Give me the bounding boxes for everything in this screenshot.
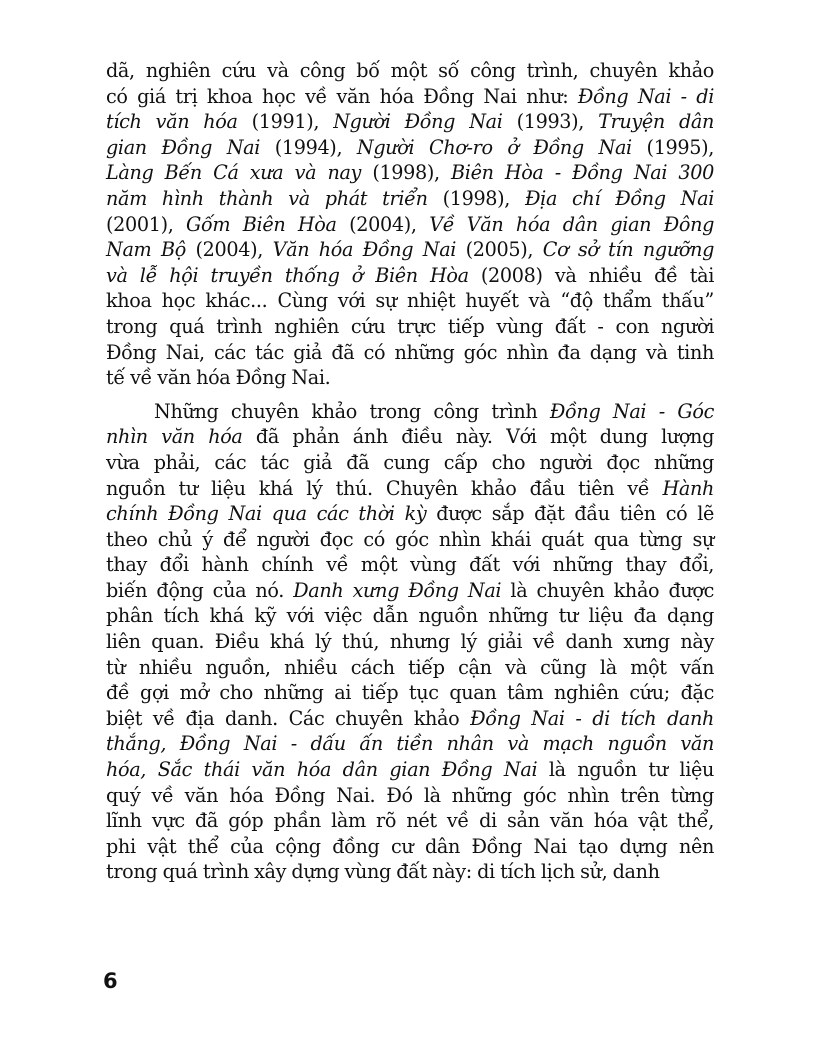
- text-line: và lễ hội truyền thống ở Biên Hòa (2008)…: [106, 263, 714, 289]
- text-run: đề gợi mở cho những ai tiếp tục quan tâm…: [106, 681, 714, 704]
- italic-title: Làng Bến Cá xưa và nay: [106, 161, 361, 184]
- page-number: 6: [103, 969, 118, 993]
- text-line: tế về văn hóa Đồng Nai.: [106, 365, 714, 391]
- text-run: biến động của nó.: [106, 579, 293, 602]
- text-line: thay đổi hành chính về một vùng đất với …: [106, 552, 714, 578]
- text-run: liên quan. Điều khá lý thú, nhưng lý giả…: [106, 630, 714, 653]
- italic-title: Về Văn hóa dân gian Đông: [429, 213, 714, 236]
- text-line: năm hình thành và phát triển (1998), Địa…: [106, 186, 714, 212]
- italic-title: năm hình thành và phát triển: [106, 187, 428, 210]
- italic-title: Người Đồng Nai: [333, 110, 502, 133]
- text-line: lĩnh vực đã góp phần làm rõ nét về di sả…: [106, 808, 714, 834]
- text-run: phi vật thể của cộng đồng cư dân Đồng Na…: [106, 835, 714, 858]
- text-line: khoa học khác... Cùng với sự nhiệt huyết…: [106, 288, 714, 314]
- text-run: theo chủ ý để người đọc có góc nhìn khái…: [106, 528, 714, 551]
- text-line: nguồn tư liệu khá lý thú. Chuyên khảo đầ…: [106, 476, 714, 502]
- text-line: thắng, Đồng Nai - dấu ấn tiền nhân và mạ…: [106, 731, 714, 757]
- text-line: (2001), Gốm Biên Hòa (2004), Về Văn hóa …: [106, 212, 714, 238]
- text-line: phi vật thể của cộng đồng cư dân Đồng Na…: [106, 834, 714, 860]
- text-run: biệt về địa danh. Các chuyên khảo: [106, 707, 470, 730]
- text-line: biến động của nó. Danh xưng Đồng Nai là …: [106, 578, 714, 604]
- text-run: có giá trị khoa học về văn hóa Đồng Nai …: [106, 85, 578, 108]
- text-line: vừa phải, các tác giả đã cung cấp cho ng…: [106, 450, 714, 476]
- text-line: từ nhiều nguồn, nhiều cách tiếp cận và c…: [106, 655, 714, 681]
- italic-title: Danh xưng Đồng Nai: [293, 579, 501, 602]
- italic-title: Biên Hòa - Đồng Nai 300: [451, 161, 714, 184]
- text-line: có giá trị khoa học về văn hóa Đồng Nai …: [106, 84, 714, 110]
- italic-title: gian Đồng Nai: [106, 136, 260, 159]
- text-run: (1993),: [503, 110, 599, 133]
- text-line: biệt về địa danh. Các chuyên khảo Đồng N…: [106, 706, 714, 732]
- text-run: (2004),: [337, 213, 430, 236]
- text-line: nhìn văn hóa đã phản ánh điều này. Với m…: [106, 424, 714, 450]
- text-line: Làng Bến Cá xưa và nay (1998), Biên Hòa …: [106, 160, 714, 186]
- italic-title: Địa chí Đồng Nai: [525, 187, 714, 210]
- paragraph-1: dã, nghiên cứu và công bố một số công tr…: [106, 58, 714, 391]
- text-line: Những chuyên khảo trong công trình Đồng …: [106, 399, 714, 425]
- text-line: theo chủ ý để người đọc có góc nhìn khái…: [106, 527, 714, 553]
- text-run: (1991),: [238, 110, 334, 133]
- text-line: tích văn hóa (1991), Người Đồng Nai (199…: [106, 109, 714, 135]
- italic-title: nhìn văn hóa: [106, 425, 243, 448]
- text-run: Đồng Nai, các tác giả đã có những góc nh…: [106, 341, 714, 364]
- text-line: dã, nghiên cứu và công bố một số công tr…: [106, 58, 714, 84]
- text-line: đề gợi mở cho những ai tiếp tục quan tâm…: [106, 680, 714, 706]
- text-run: (2008) và nhiều đề tài: [469, 264, 714, 287]
- text-run: (1994),: [260, 136, 357, 159]
- italic-title: Hành: [663, 477, 715, 500]
- italic-title: chính Đồng Nai qua các thời kỳ: [106, 502, 426, 525]
- text-run: nguồn tư liệu khá lý thú. Chuyên khảo đầ…: [106, 477, 663, 500]
- italic-title: và lễ hội truyền thống ở Biên Hòa: [106, 264, 469, 287]
- text-run: trong quá trình xây dựng vùng đất này: d…: [106, 860, 660, 883]
- italic-title: Đồng Nai - di: [578, 85, 714, 108]
- text-run: phân tích khá kỹ với việc dẫn nguồn nhữn…: [106, 604, 714, 627]
- text-run: từ nhiều nguồn, nhiều cách tiếp cận và c…: [106, 656, 714, 679]
- text-run: (2001),: [106, 213, 186, 236]
- text-run: (1998),: [361, 161, 451, 184]
- text-run: đã phản ánh điều này. Với một dung lượng: [243, 425, 715, 448]
- text-line: chính Đồng Nai qua các thời kỳ được sắp …: [106, 501, 714, 527]
- paragraph-2: Những chuyên khảo trong công trình Đồng …: [106, 399, 714, 885]
- text-line: liên quan. Điều khá lý thú, nhưng lý giả…: [106, 629, 714, 655]
- italic-title: hóa, Sắc thái văn hóa dân gian Đồng Nai: [106, 758, 537, 781]
- text-run: Những chuyên khảo trong công trình: [154, 400, 550, 423]
- text-run: là chuyên khảo được: [501, 579, 714, 602]
- text-run: khoa học khác... Cùng với sự nhiệt huyết…: [106, 289, 714, 312]
- text-line: gian Đồng Nai (1994), Người Chơ-ro ở Đồn…: [106, 135, 714, 161]
- text-run: vừa phải, các tác giả đã cung cấp cho ng…: [106, 451, 714, 474]
- italic-title: thắng, Đồng Nai - dấu ấn tiền nhân và mạ…: [106, 732, 714, 755]
- text-line: Đồng Nai, các tác giả đã có những góc nh…: [106, 340, 714, 366]
- text-run: (2005),: [456, 238, 543, 261]
- page-body: dã, nghiên cứu và công bố một số công tr…: [106, 58, 714, 885]
- italic-title: Văn hóa Đồng Nai: [273, 238, 456, 261]
- text-line: quý về văn hóa Đồng Nai. Đó là những góc…: [106, 783, 714, 809]
- text-run: lĩnh vực đã góp phần làm rõ nét về di sả…: [106, 809, 714, 832]
- italic-title: tích văn hóa: [106, 110, 238, 133]
- text-line: trong quá trình nghiên cứu trực tiếp vùn…: [106, 314, 714, 340]
- italic-title: Gốm Biên Hòa: [186, 213, 337, 236]
- italic-title: Cơ sở tín ngưỡng: [543, 238, 714, 261]
- text-run: tế về văn hóa Đồng Nai.: [106, 366, 330, 389]
- italic-title: Nam Bộ: [106, 238, 186, 261]
- italic-title: Truyện dân: [598, 110, 714, 133]
- text-line: Nam Bộ (2004), Văn hóa Đồng Nai (2005), …: [106, 237, 714, 263]
- text-run: thay đổi hành chính về một vùng đất với …: [106, 553, 714, 576]
- text-line: phân tích khá kỹ với việc dẫn nguồn nhữn…: [106, 603, 714, 629]
- italic-title: Người Chơ-ro ở Đồng Nai: [357, 136, 632, 159]
- text-line: trong quá trình xây dựng vùng đất này: d…: [106, 859, 714, 885]
- text-run: dã, nghiên cứu và công bố một số công tr…: [106, 59, 714, 82]
- text-run: (1998),: [428, 187, 525, 210]
- text-run: là nguồn tư liệu: [537, 758, 714, 781]
- text-run: (1995),: [632, 136, 714, 159]
- text-line: hóa, Sắc thái văn hóa dân gian Đồng Nai …: [106, 757, 714, 783]
- italic-title: Đồng Nai - Góc: [550, 400, 714, 423]
- text-run: được sắp đặt đầu tiên có lẽ: [426, 502, 714, 525]
- text-run: (2004),: [186, 238, 273, 261]
- italic-title: Đồng Nai - di tích danh: [470, 707, 714, 730]
- text-run: quý về văn hóa Đồng Nai. Đó là những góc…: [106, 784, 714, 807]
- text-run: trong quá trình nghiên cứu trực tiếp vùn…: [106, 315, 714, 338]
